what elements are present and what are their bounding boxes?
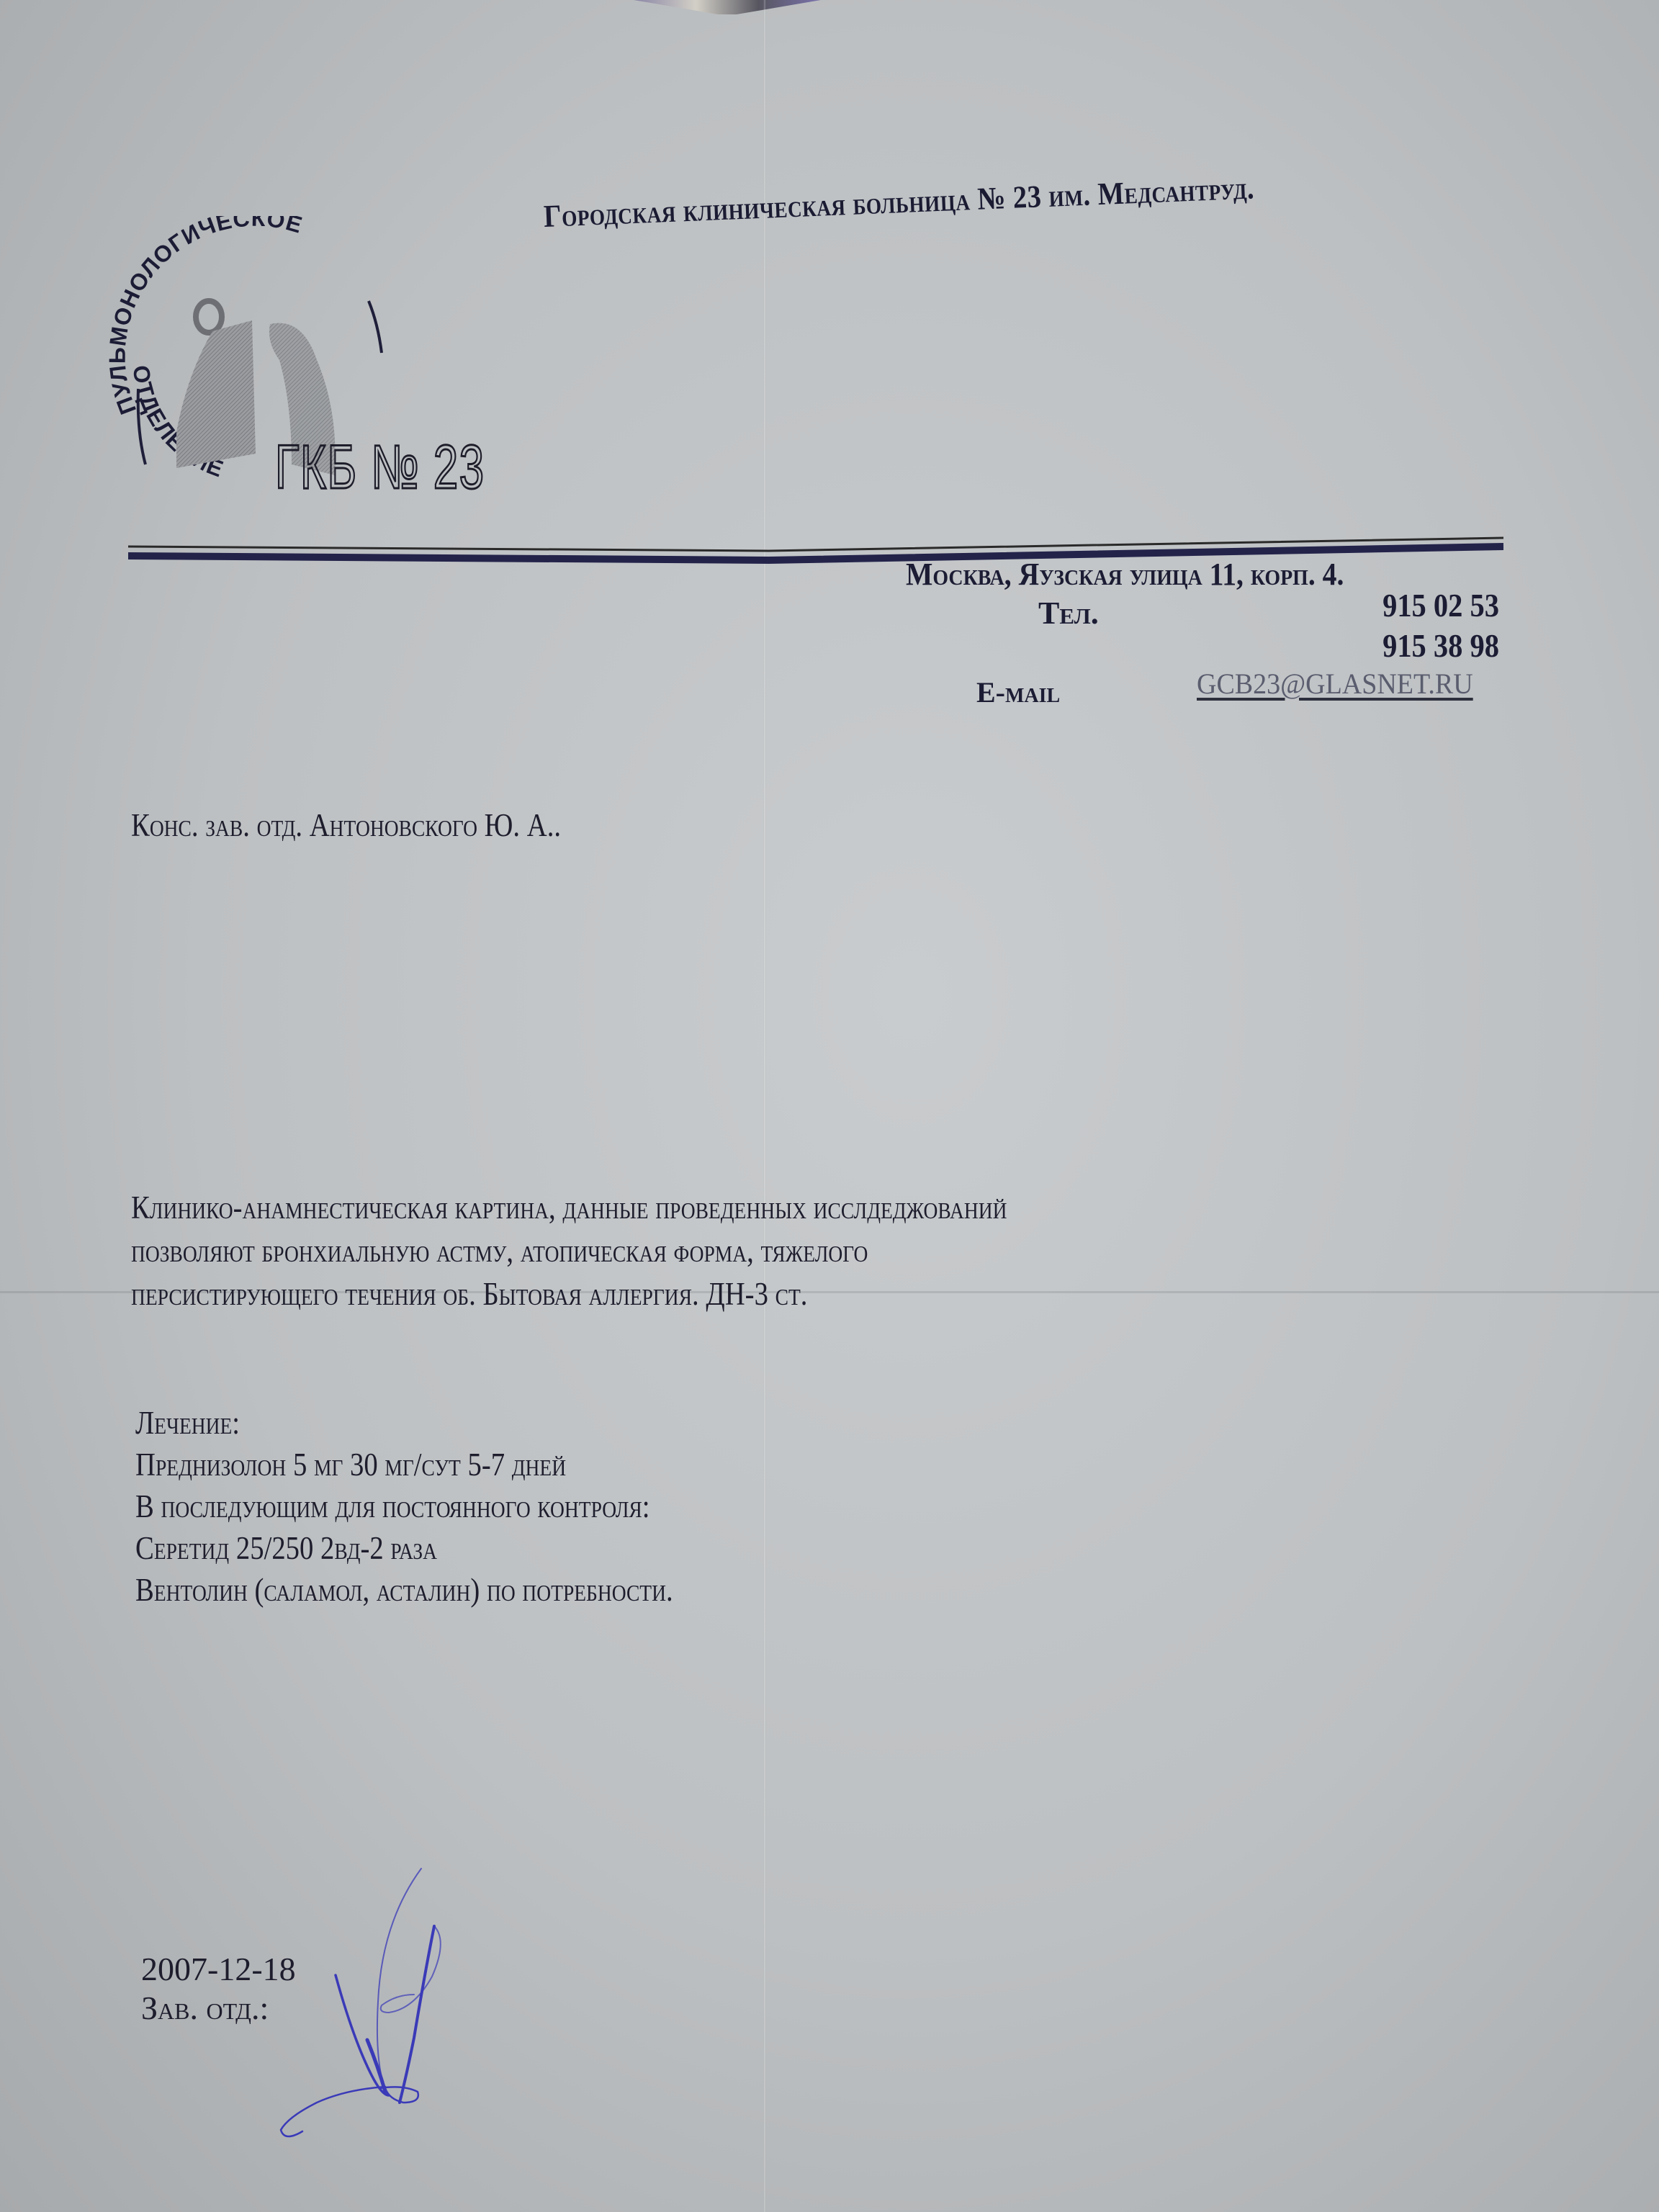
treatment-item: В последующим для постоянного контроля: [135,1488,650,1525]
department-logo: ПУЛЬМОНОЛОГИЧЕСКОЕ ОТДЕЛЕНИЕ ГКБ № 23 [108,216,454,504]
logo-abbreviation: ГКБ № 23 [275,432,485,503]
hospital-address: Москва, Яузская улица 11, корп. 4. [906,556,1344,593]
treatment-item: Вентолин (саламол, асталин) по потребнос… [135,1571,673,1609]
phone-number-2: 915 38 98 [1382,626,1499,665]
recipient-line: Конс. зав. отд. Антоновского Ю. А.. [131,806,561,844]
diagnosis-line: Клинико-анамнестическая картина, данные … [131,1189,1007,1226]
signature-icon [259,1858,490,2160]
treatment-heading: Лечение: [135,1404,240,1442]
diagnosis-line: персистирующего течения об. Бытовая алле… [131,1275,807,1313]
email-link[interactable]: GCB23@GLASNET.RU [1197,667,1473,701]
paper-fold-vertical [763,0,766,2212]
treatment-item: Преднизолон 5 мг 30 мг/сут 5-7 дней [135,1446,566,1483]
hospital-name: Городская клиническая больница № 23 им. … [543,169,1255,235]
email-label: E-mail [976,675,1060,709]
signature-label: Зав. отд.: [141,1989,269,2027]
phone-label: Тел. [1038,595,1099,631]
background-object [634,0,821,14]
treatment-item: Серетид 25/250 2вд-2 раза [135,1529,437,1567]
diagnosis-line: позволяют бронхиальную астму, атопическа… [131,1232,868,1269]
phone-number-1: 915 02 53 [1382,586,1499,624]
